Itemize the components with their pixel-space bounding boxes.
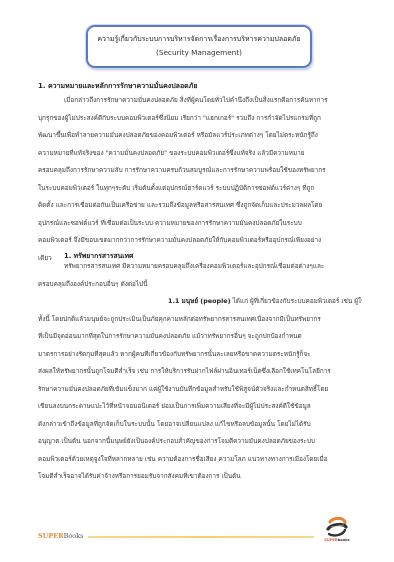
paragraph-line: บุกรุกของผู้ไม่ประสงค์ดีกับระบบคอมพิวเตอ… xyxy=(38,110,362,128)
title-box: ความรู้เกี่ยวกับระบบการบริหารจัดการเรื่อ… xyxy=(86,25,312,68)
page-footer: SUPERBooks SUPERbooks xyxy=(38,532,358,546)
document-title-thai: ความรู้เกี่ยวกับระบบการบริหารจัดการเรื่อ… xyxy=(88,32,310,46)
document-title-english: (Security Management) xyxy=(88,46,310,60)
swoosh-logo-icon xyxy=(317,516,357,540)
brand-books: Books xyxy=(64,532,84,540)
item-1-1-label: 1.1 มนุษย์ (people) xyxy=(168,297,231,305)
paragraph-line: เมื่อกล่าวถึงการรักษาความมั่นคงปลอดภัย ส… xyxy=(38,92,362,110)
paragraph-line: ดังกล่าวเข้าถึงข้อมูลที่ถูกจัดเก็บในระบบ… xyxy=(38,416,362,434)
paragraph-line: พัฒนาขึ้นเพื่อทำลายความมั่นคงปลอดภัยของค… xyxy=(38,127,362,145)
paragraph-line: คอมพิวเตอร์ด้วยเหตุจูงใจที่หลากหลาย เช่น… xyxy=(38,451,362,469)
superbooks-logo-icon: SUPERbooks xyxy=(317,516,357,546)
footer-brand-text: SUPERBooks xyxy=(38,532,84,540)
paragraph-line: ความหมายที่แท้จริงของ "ความมั่นคงปลอดภัย… xyxy=(38,145,362,163)
logo-label-super: SUPER xyxy=(324,538,337,542)
paragraph-line: ทรัพยากรสารสนเทศ มีความหมายครอบคลุมถึงเค… xyxy=(38,258,362,276)
logo-label: SUPERbooks xyxy=(317,538,357,542)
item-1-1-first-line: 1.1 มนุษย์ (people) ได้แก่ ผู้ที่เกี่ยวข… xyxy=(38,293,362,311)
logo-label-books: books xyxy=(338,538,350,542)
section-1-paragraph: เมื่อกล่าวถึงการรักษาความมั่นคงปลอดภัย ส… xyxy=(38,92,362,267)
brand-super: SUPER xyxy=(38,532,64,540)
item-1-1-people: 1.1 มนุษย์ (people) ได้แก่ ผู้ที่เกี่ยวข… xyxy=(38,293,362,486)
paragraph-line: มาตรการอย่างรัดกุมที่สุดแล้ว หากผู้คนที่… xyxy=(38,346,362,364)
paragraph-line: ทั้งนี้ โดยปกติแล้วมนุษย์จะถูกประเมินเป็… xyxy=(38,311,362,329)
item-1-1-first-line-text: ได้แก่ ผู้ที่เกี่ยวข้องกับระบบคอมพิวเตอร… xyxy=(231,297,362,305)
paragraph-line: ที่เป็นมีจุดอ่อนมากที่สุดในการรักษาความม… xyxy=(38,328,362,346)
footer-divider xyxy=(88,536,314,538)
paragraph-line: อนุญาต เป็นต้น นอกจากนี้มนุษย์ยังเป็นองค… xyxy=(38,433,362,451)
document-page: ความรู้เกี่ยวกับระบบการบริหารจัดการเรื่อ… xyxy=(0,0,394,562)
section-heading-1: 1. ความหมายและหลักการรักษาความมั่นคงปลอด… xyxy=(38,81,197,92)
paragraph-line: รักษาความมั่นคงปลอดภัยที่เข้มแข็งมาก แต่… xyxy=(38,381,362,399)
paragraph-line: เขียนลงบนกระดาษแปะไว้ที่หน้าจอมอนิเตอร์ … xyxy=(38,398,362,416)
paragraph-line: ในระบบคอมพิวเตอร์ ในทุกๆระดับ เริ่มต้นตั… xyxy=(38,180,362,198)
paragraph-line: ส่งผลให้ทรัพยากรนั้นถูกโจมตีสำเร็จ เช่น … xyxy=(38,363,362,381)
paragraph-line: อุปกรณ์และซอฟต์แวร์ ที่เชื่อมต่อเป็นระบบ… xyxy=(38,215,362,233)
paragraph-line: ติดตั้ง และการเชื่อมต่อกันเป็นเครือข่าย … xyxy=(38,197,362,215)
paragraph-line: คอมพิวเตอร์ จึงมีขอบเขตมากกว่าการรักษาคว… xyxy=(38,232,362,250)
paragraph-line: ครอบคลุมถึงองค์ประกอบอื่นๆ ดังต่อไปนี้ xyxy=(38,276,362,294)
paragraph-line: โจมตีสำเร็จอาจได้รับค่าจ้างหรือการยอมรับ… xyxy=(38,468,362,486)
paragraph-line: ครอบคลุมถึงการรักษาความลับ การรักษาความค… xyxy=(38,162,362,180)
subsection-1-paragraph: ทรัพยากรสารสนเทศ มีความหมายครอบคลุมถึงเค… xyxy=(38,258,362,293)
